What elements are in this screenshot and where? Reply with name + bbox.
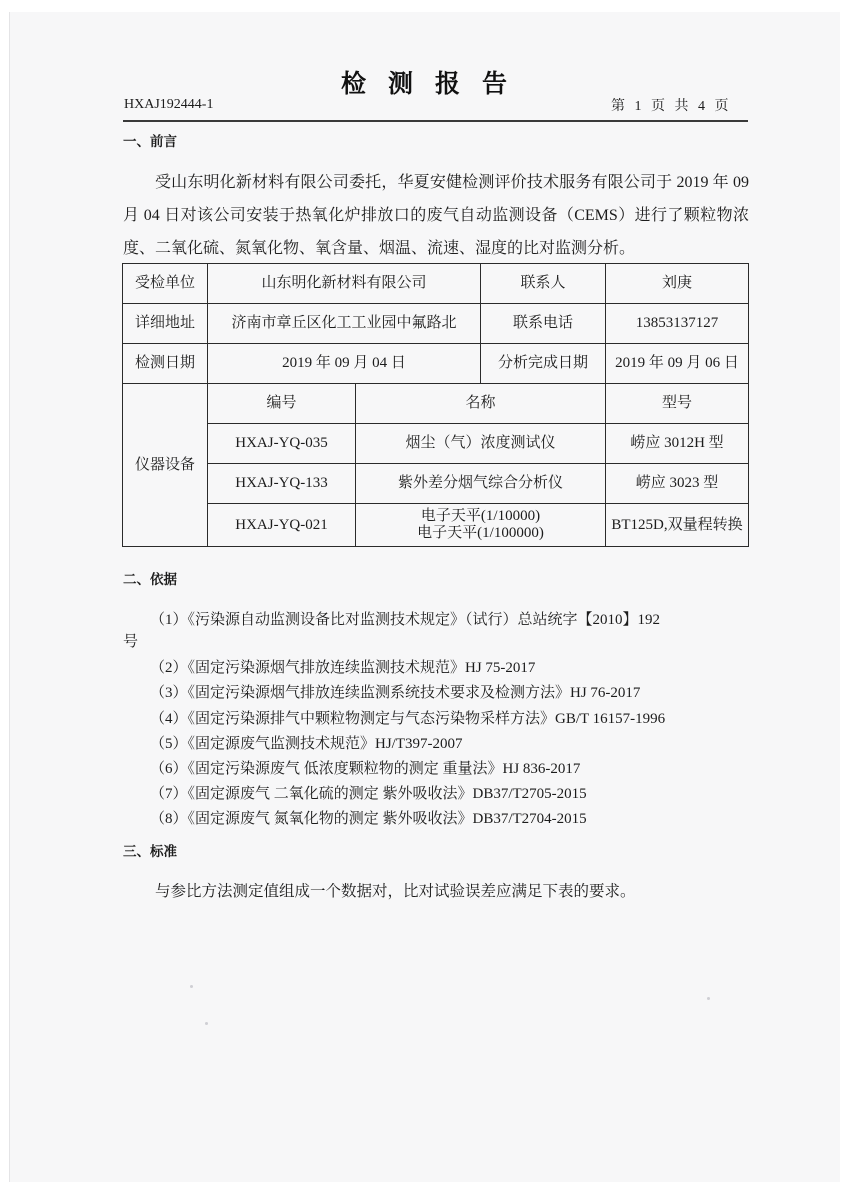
equipment-name: 紫外差分烟气综合分析仪	[356, 464, 606, 504]
basis-item: （5）《固定源废气监测技术规范》HJ/T397-2007	[150, 732, 463, 753]
address-value: 济南市章丘区化工工业园中氟路北	[208, 304, 481, 344]
section-heading-preface: 一、前言	[123, 130, 177, 150]
equipment-header-model: 型号	[606, 384, 749, 424]
table-row: 仪器设备 编号 名称 型号	[123, 384, 749, 424]
equipment-name: 电子天平(1/10000)	[356, 508, 605, 525]
scan-speck	[190, 985, 193, 988]
equipment-id: HXAJ-YQ-133	[208, 464, 356, 504]
contact-value: 刘庚	[606, 264, 749, 304]
table-row: 详细地址 济南市章丘区化工工业园中氟路北 联系电话 13853137127	[123, 304, 749, 344]
header-divider	[123, 120, 748, 122]
equipment-name-secondary: 电子天平(1/100000)	[356, 525, 605, 542]
page-indicator: 第 1 页 共 4 页	[611, 95, 732, 115]
basis-item: （1）《污染源自动监测设备比对监测技术规定》（试行）总站统字【2010】192	[150, 608, 660, 629]
test-date-value: 2019 年 09 月 04 日	[208, 344, 481, 384]
equipment-id: HXAJ-YQ-035	[208, 424, 356, 464]
client-label: 受检单位	[123, 264, 208, 304]
contact-label: 联系人	[481, 264, 606, 304]
equipment-label: 仪器设备	[123, 384, 208, 547]
scan-speck	[205, 1022, 208, 1025]
table-row: HXAJ-YQ-021 电子天平(1/10000) 电子天平(1/100000)…	[123, 504, 749, 547]
basis-item: （6）《固定污染源废气 低浓度颗粒物的测定 重量法》HJ 836-2017	[150, 757, 580, 778]
basis-item: （3）《固定污染源烟气排放连续监测系统技术要求及检测方法》HJ 76-2017	[150, 681, 640, 702]
report-number: HXAJ192444-1	[124, 97, 213, 113]
equipment-model: BT125D,双量程转换	[606, 504, 749, 547]
test-date-label: 检测日期	[123, 344, 208, 384]
equipment-header-id: 编号	[208, 384, 356, 424]
phone-label: 联系电话	[481, 304, 606, 344]
table-row: 检测日期 2019 年 09 月 04 日 分析完成日期 2019 年 09 月…	[123, 344, 749, 384]
equipment-name: 烟尘（气）浓度测试仪	[356, 424, 606, 464]
equipment-model: 崂应 3012H 型	[606, 424, 749, 464]
table-row: 受检单位 山东明化新材料有限公司 联系人 刘庚	[123, 264, 749, 304]
table-row: HXAJ-YQ-133 紫外差分烟气综合分析仪 崂应 3023 型	[123, 464, 749, 504]
basis-item: （4）《固定污染源排气中颗粒物测定与气态污染物采样方法》GB/T 16157-1…	[150, 707, 665, 728]
scan-speck	[707, 997, 710, 1000]
standard-paragraph: 与参比方法测定值组成一个数据对，比对试验误差应满足下表的要求。	[155, 879, 636, 901]
equipment-name-cell: 电子天平(1/10000) 电子天平(1/100000)	[356, 504, 606, 547]
equipment-header-name: 名称	[356, 384, 606, 424]
basis-item: （8）《固定源废气 氮氧化物的测定 紫外吸收法》DB37/T2704-2015	[150, 807, 587, 828]
basis-item-continuation: 号	[123, 630, 138, 651]
section-heading-basis: 二、依据	[123, 568, 177, 588]
equipment-model: 崂应 3023 型	[606, 464, 749, 504]
table-row: HXAJ-YQ-035 烟尘（气）浓度测试仪 崂应 3012H 型	[123, 424, 749, 464]
basis-item: （7）《固定源废气 二氧化硫的测定 紫外吸收法》DB37/T2705-2015	[150, 782, 587, 803]
client-value: 山东明化新材料有限公司	[208, 264, 481, 304]
basis-item: （2）《固定污染源烟气排放连续监测技术规范》HJ 75-2017	[150, 656, 535, 677]
info-table: 受检单位 山东明化新材料有限公司 联系人 刘庚 详细地址 济南市章丘区化工工业园…	[122, 263, 749, 547]
preface-paragraph: 受山东明化新材料有限公司委托，华夏安健检测评价技术服务有限公司于 2019 年 …	[123, 166, 749, 265]
analysis-date-value: 2019 年 09 月 06 日	[606, 344, 749, 384]
section-heading-standard: 三、标准	[123, 840, 177, 860]
analysis-date-label: 分析完成日期	[481, 344, 606, 384]
phone-value: 13853137127	[606, 304, 749, 344]
equipment-id: HXAJ-YQ-021	[208, 504, 356, 547]
address-label: 详细地址	[123, 304, 208, 344]
